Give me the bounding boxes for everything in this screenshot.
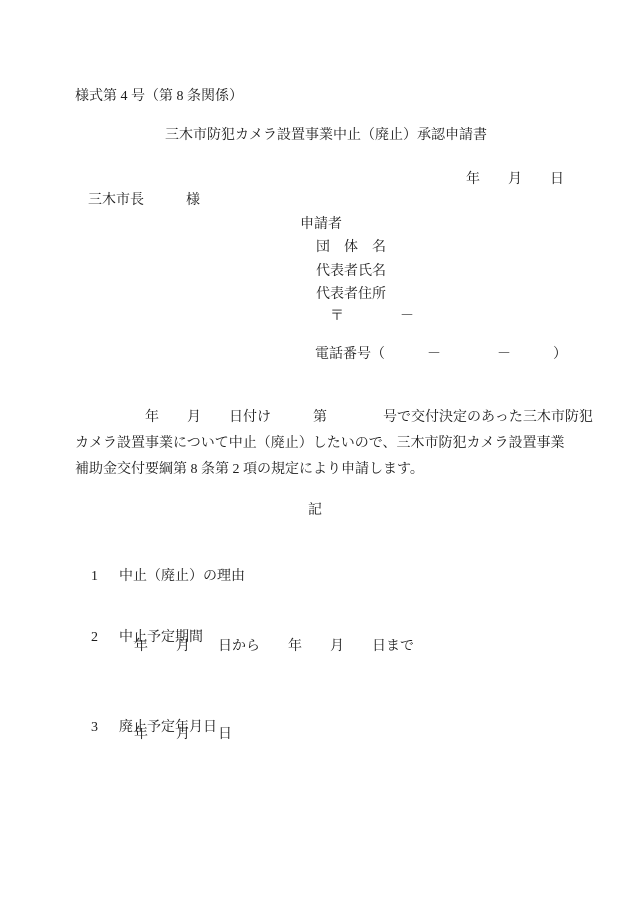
form-number-label: 様式第 4 号（第 8 条関係） (75, 88, 243, 105)
body-paragraph-line-1: 年 月 日付け 第 号で交付決定のあった三木市防犯 (75, 409, 593, 426)
item-3-number: 3 (91, 719, 119, 736)
item-3-detail-blank: 年 月 日 (134, 726, 232, 743)
rep-address-label: 代表者住所 (316, 286, 386, 303)
document-page: 様式第 4 号（第 8 条関係） 三木市防犯カメラ設置事業中止（廃止）承認申請書… (0, 0, 630, 903)
applicant-heading: 申請者 (300, 216, 342, 233)
postal-code-blank: 〒 － (330, 308, 414, 325)
rep-name-label: 代表者氏名 (316, 263, 386, 280)
document-title: 三木市防犯カメラ設置事業中止（廃止）承認申請書 (165, 127, 487, 144)
ki-heading: 記 (0, 502, 630, 519)
item-1-number: 1 (91, 568, 119, 585)
body-paragraph-line-3: 補助金交付要綱第 8 条第 2 項の規定により申請します。 (75, 461, 424, 478)
item-1-line: 1中止（廃止）の理由 (77, 551, 245, 602)
addressee-line: 三木市長 様 (88, 192, 200, 209)
date-blank-line: 年 月 日 (466, 171, 564, 188)
org-name-label: 団 体 名 (316, 239, 386, 256)
phone-number-blank: 電話番号（ － － ） (315, 346, 567, 363)
body-paragraph-line-2: カメラ設置事業について中止（廃止）したいので、三木市防犯カメラ設置事業 (75, 435, 564, 452)
item-2-number: 2 (91, 629, 119, 646)
item-1-label: 中止（廃止）の理由 (119, 569, 245, 584)
item-2-detail-blank: 年 月 日から 年 月 日まで (134, 638, 414, 655)
